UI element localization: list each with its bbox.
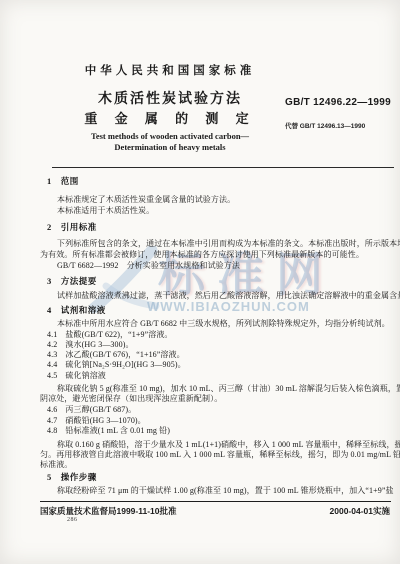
document-title-en-line2: Determination of heavy metals <box>0 142 340 152</box>
section-5-paragraph: 称取经粉碎至 71 μm 的干燥试样 1.00 g(称准至 10 mg)，置于 … <box>57 486 400 496</box>
standard-number: GB/T 12496.22—1999 <box>285 97 391 108</box>
clause-4-8: 4.8 铅标准液(1 mL 含 0.01 mg 铅) <box>47 426 399 436</box>
clause-4-5: 4.5 硫化钠溶液 <box>47 371 399 381</box>
document-title-en-line1: Test methods of wooden activated carbon— <box>0 131 340 141</box>
clause-4-6: 4.6 丙三醇(GB/T 687)。 <box>47 405 399 415</box>
section-1-paragraph-1: 本标准规定了木质活性炭重金属含量的试验方法。 <box>57 195 400 205</box>
clause-4-7: 4.7 硝酸铅(HG 3—1070)。 <box>47 416 399 426</box>
section-1-heading: 1 范围 <box>47 176 399 186</box>
clause-4-5-paragraph-line1: 称取硫化钠 5 g(称准至 10 mg)，加水 10 mL、丙三醇（甘油）30 … <box>57 384 400 394</box>
section-4-intro: 本标准中所用水应符合 GB/T 6682 中三级水规格，所列试剂除特殊规定外，均… <box>57 319 400 329</box>
replaces-standard-note: 代替 GB/T 12496.13—1990 <box>285 121 365 130</box>
implementation-date: 2000-04-01实施 <box>330 505 390 517</box>
clause-4-1: 4.1 盐酸(GB/T 622)，“1+9”溶液。 <box>47 330 399 340</box>
section-2-reference: GB/T 6682—1992 分析实验室用水规格和试验方法 <box>57 261 400 271</box>
clause-4-4: 4.4 硫化钠[Na₂S·9H₂O](HG 3—905)。 <box>47 360 399 370</box>
clause-4-2: 4.2 溴水(HG 3—300)。 <box>47 340 399 350</box>
standard-document-page: 标准网 WWW.IBIAOZHUN.COM 中华人民共和国国家标准 木质活性炭试… <box>0 0 400 564</box>
clause-4-8-paragraph-line1: 称取 0.160 g 硝酸铅，溶于少量水及 1 mL(1+1)硝酸中，移入 1 … <box>57 440 400 450</box>
national-standard-org-line: 中华人民共和国国家标准 <box>0 62 340 78</box>
footer-divider <box>40 501 391 502</box>
approval-notice: 国家质量技术监督局1999-11-10批准 <box>40 505 177 517</box>
section-2-paragraph-line1: 下列标准所包含的条文，通过在本标准中引用而构成为本标准的条文。本标准出版时，所示… <box>57 239 400 249</box>
section-2-heading: 2 引用标准 <box>47 222 399 232</box>
header-divider <box>52 167 394 168</box>
clause-4-3: 4.3 冰乙酸(GB/T 676)，“1+16”溶液。 <box>47 350 399 360</box>
section-4-heading: 4 试剂和溶液 <box>47 305 399 315</box>
section-1-paragraph-2: 本标准适用于木质活性炭。 <box>57 206 400 216</box>
section-3-heading: 3 方法提要 <box>47 276 399 286</box>
clause-4-5-paragraph-line2: 阴凉处，避光密闭保存（如出现浑浊应重新配制）。 <box>40 394 392 404</box>
page-number: 286 <box>67 517 78 523</box>
section-2-paragraph-line2: 为有效。所有标准都会被修订，使用本标准的各方应探讨使用下列标准最新版本的可能性。 <box>40 250 392 260</box>
section-5-heading: 5 操作步骤 <box>47 472 399 482</box>
section-3-paragraph: 试样加盐酸溶液煮沸过滤，蒸干滤液，然后用乙酸溶液溶解，用比浊法确定溶解液中的重金… <box>57 291 400 301</box>
clause-4-8-paragraph-line3: 标准液。 <box>40 460 392 470</box>
clause-4-8-paragraph-line2: 匀。再用移液管自此溶液中吸取 100 mL 入 1 000 mL 容量瓶，稀释至… <box>40 450 392 460</box>
